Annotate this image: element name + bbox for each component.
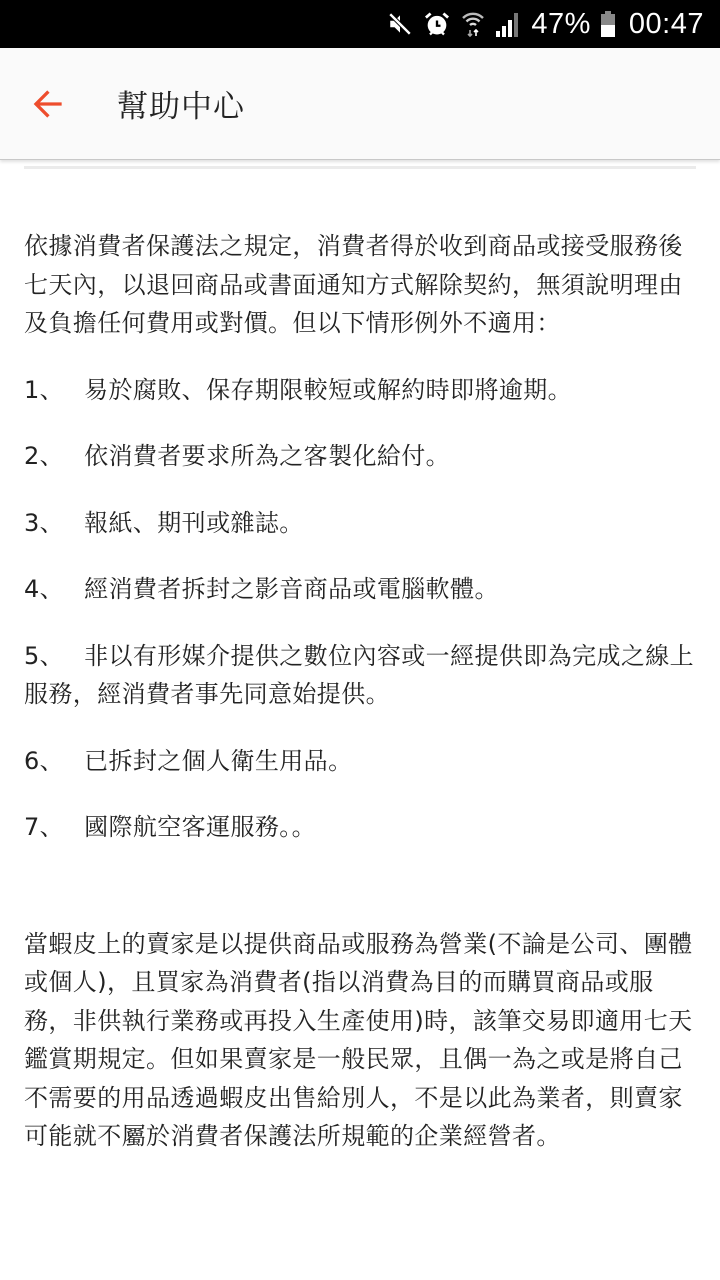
list-item-number: 1、	[24, 371, 84, 410]
list-item-number: 4、	[24, 570, 84, 609]
list-item-text: 依消費者要求所為之客製化給付。	[84, 437, 450, 476]
clock: 00:47	[629, 8, 704, 41]
exceptions-list: 1、 易於腐敗、保存期限較短或解約時即將逾期。 2、 依消費者要求所為之客製化給…	[0, 371, 720, 847]
intro-paragraph: 依據消費者保護法之規定，消費者得於收到商品或接受服務後七天內，以退回商品或書面通…	[0, 227, 720, 343]
list-item: 3、 報紙、期刊或雜誌。	[0, 504, 720, 543]
list-item: 5、非以有形媒介提供之數位內容或一經提供即為完成之線上服務，經消費者事先同意始提…	[0, 637, 720, 714]
list-item: 4、 經消費者拆封之影音商品或電腦軟體。	[0, 570, 720, 609]
divider	[24, 166, 696, 169]
status-bar: 47% 00:47	[0, 0, 720, 48]
battery-icon	[601, 9, 615, 39]
cell-signal-icon	[495, 9, 519, 39]
page-title: 幫助中心	[117, 81, 245, 126]
battery-percent: 47%	[531, 8, 591, 41]
list-item-text: 報紙、期刊或雜誌。	[84, 504, 304, 543]
list-item: 1、 易於腐敗、保存期限較短或解約時即將逾期。	[0, 371, 720, 410]
list-item-text: 非以有形媒介提供之數位內容或一經提供即為完成之線上服務，經消費者事先同意始提供。	[24, 642, 694, 709]
list-item: 2、 依消費者要求所為之客製化給付。	[0, 437, 720, 476]
list-item-number: 5、	[24, 642, 84, 670]
arrow-left-icon	[30, 86, 66, 122]
help-article: 依據消費者保護法之規定，消費者得於收到商品或接受服務後七天內，以退回商品或書面通…	[0, 161, 720, 1156]
list-item-number: 3、	[24, 504, 84, 543]
list-item-text: 經消費者拆封之影音商品或電腦軟體。	[84, 570, 499, 609]
list-item-text: 已拆封之個人衛生用品。	[84, 742, 352, 781]
list-item-text: 國際航空客運服務。。	[84, 808, 316, 847]
back-button[interactable]	[0, 48, 96, 160]
mute-icon	[387, 9, 413, 39]
list-item: 6、 已拆封之個人衛生用品。	[0, 742, 720, 781]
alarm-icon	[423, 9, 451, 39]
app-bar: 幫助中心	[0, 48, 720, 160]
list-item-number: 7、	[24, 808, 84, 847]
list-item-number: 6、	[24, 742, 84, 781]
list-item-text: 易於腐敗、保存期限較短或解約時即將逾期。	[84, 371, 572, 410]
list-item: 7、 國際航空客運服務。。	[0, 808, 720, 847]
outro-paragraph: 當蝦皮上的賣家是以提供商品或服務為營業(不論是公司、團體或個人)，且買家為消費者…	[0, 925, 720, 1156]
wifi-icon	[461, 9, 485, 39]
list-item-number: 2、	[24, 437, 84, 476]
